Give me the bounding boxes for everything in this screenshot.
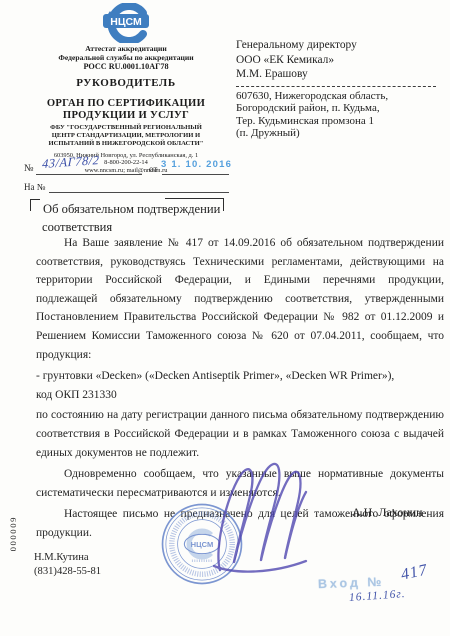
org-name-line1: ОРГАН ПО СЕРТИФИКАЦИИ xyxy=(18,98,234,110)
corner-mark-left xyxy=(30,199,40,211)
logo-text: НЦСМ xyxy=(110,16,142,28)
incoming-stamp-label: Вход № xyxy=(318,575,385,591)
signature-name: А.Н. Лахонин xyxy=(352,505,423,520)
body-paragraph-2: - грунтовки «Decken» («Decken Antiseptik… xyxy=(36,367,444,386)
recipient-line: М.М. Ерашову xyxy=(236,67,442,82)
incoming-ref-line xyxy=(49,192,229,193)
incoming-stamp-date: 16.11.16г. xyxy=(349,588,406,604)
letterhead: НЦСМ Аттестат аккредитации Федеральной с… xyxy=(18,3,234,174)
org-fbu-line2: ЦЕНТР СТАНДАРТИЗАЦИИ, МЕТРОЛОГИИ И xyxy=(18,132,234,140)
executor-block: Н.М.Кутина (831)428-55-81 xyxy=(34,551,101,578)
recipient-block: Генеральному директору ООО «ЕК Кемикал» … xyxy=(236,38,442,139)
body-paragraph-3: код ОКП 231330 xyxy=(36,386,444,405)
ncsm-logo-icon: НЦСМ xyxy=(99,3,153,43)
body-paragraph-4: по состоянию на дату регистрации данного… xyxy=(36,406,444,462)
recipient-address-line: 607630, Нижегородская область, xyxy=(236,90,442,102)
org-name-line2: ПРОДУКЦИИ И УСЛУГ xyxy=(18,110,234,122)
ref-number-line xyxy=(36,174,142,175)
body-paragraph-1: На Ваше заявление № 417 от 14.09.2016 об… xyxy=(36,234,444,364)
recipient-line: Генеральному директору xyxy=(236,38,442,53)
org-fbu-line3: ИСПЫТАНИЙ В НИЖЕГОРОДСКОЙ ОБЛАСТИ" xyxy=(18,140,234,148)
subject-block: Об обязательном подтверждении соответств… xyxy=(30,199,220,236)
org-fbu-line1: ФБУ "ГОСУДАРСТВЕННЫЙ РЕГИОНАЛЬНЫЙ xyxy=(18,124,234,132)
incoming-stamp-number: 417 xyxy=(399,561,429,584)
ref-number-label: № xyxy=(24,163,34,174)
executor-name: Н.М.Кутина xyxy=(34,551,101,565)
recipient-address-line: (п. Дружный) xyxy=(236,127,442,139)
executor-phone: (831)428-55-81 xyxy=(34,565,101,579)
ref-date-line xyxy=(162,174,229,175)
accreditation-line1: Аттестат аккредитации xyxy=(18,44,234,53)
accreditation-line2: Федеральной службы по аккредитации xyxy=(18,53,234,62)
accreditation-number: РОСС RU.0001.10АГ78 xyxy=(18,62,234,72)
signature-scribble xyxy=(206,458,311,576)
ref-date-label: от xyxy=(149,164,157,174)
head-title: РУКОВОДИТЕЛЬ xyxy=(18,77,234,89)
recipient-address-line: Тер. Кудьминская промзона 1 xyxy=(236,115,442,127)
doc-number-vertical: 000009 xyxy=(8,516,18,551)
recipient-separator xyxy=(236,86,436,87)
letter-document: НЦСМ Аттестат аккредитации Федеральной с… xyxy=(0,0,450,636)
ref-date-stamp: 3 1. 10. 2016 xyxy=(161,159,232,170)
corner-mark-right xyxy=(165,198,224,211)
recipient-line: ООО «ЕК Кемикал» xyxy=(236,53,442,68)
recipient-address-line: Богородский район, п. Кудьма, xyxy=(236,102,442,114)
incoming-ref-label: На № xyxy=(24,182,45,192)
